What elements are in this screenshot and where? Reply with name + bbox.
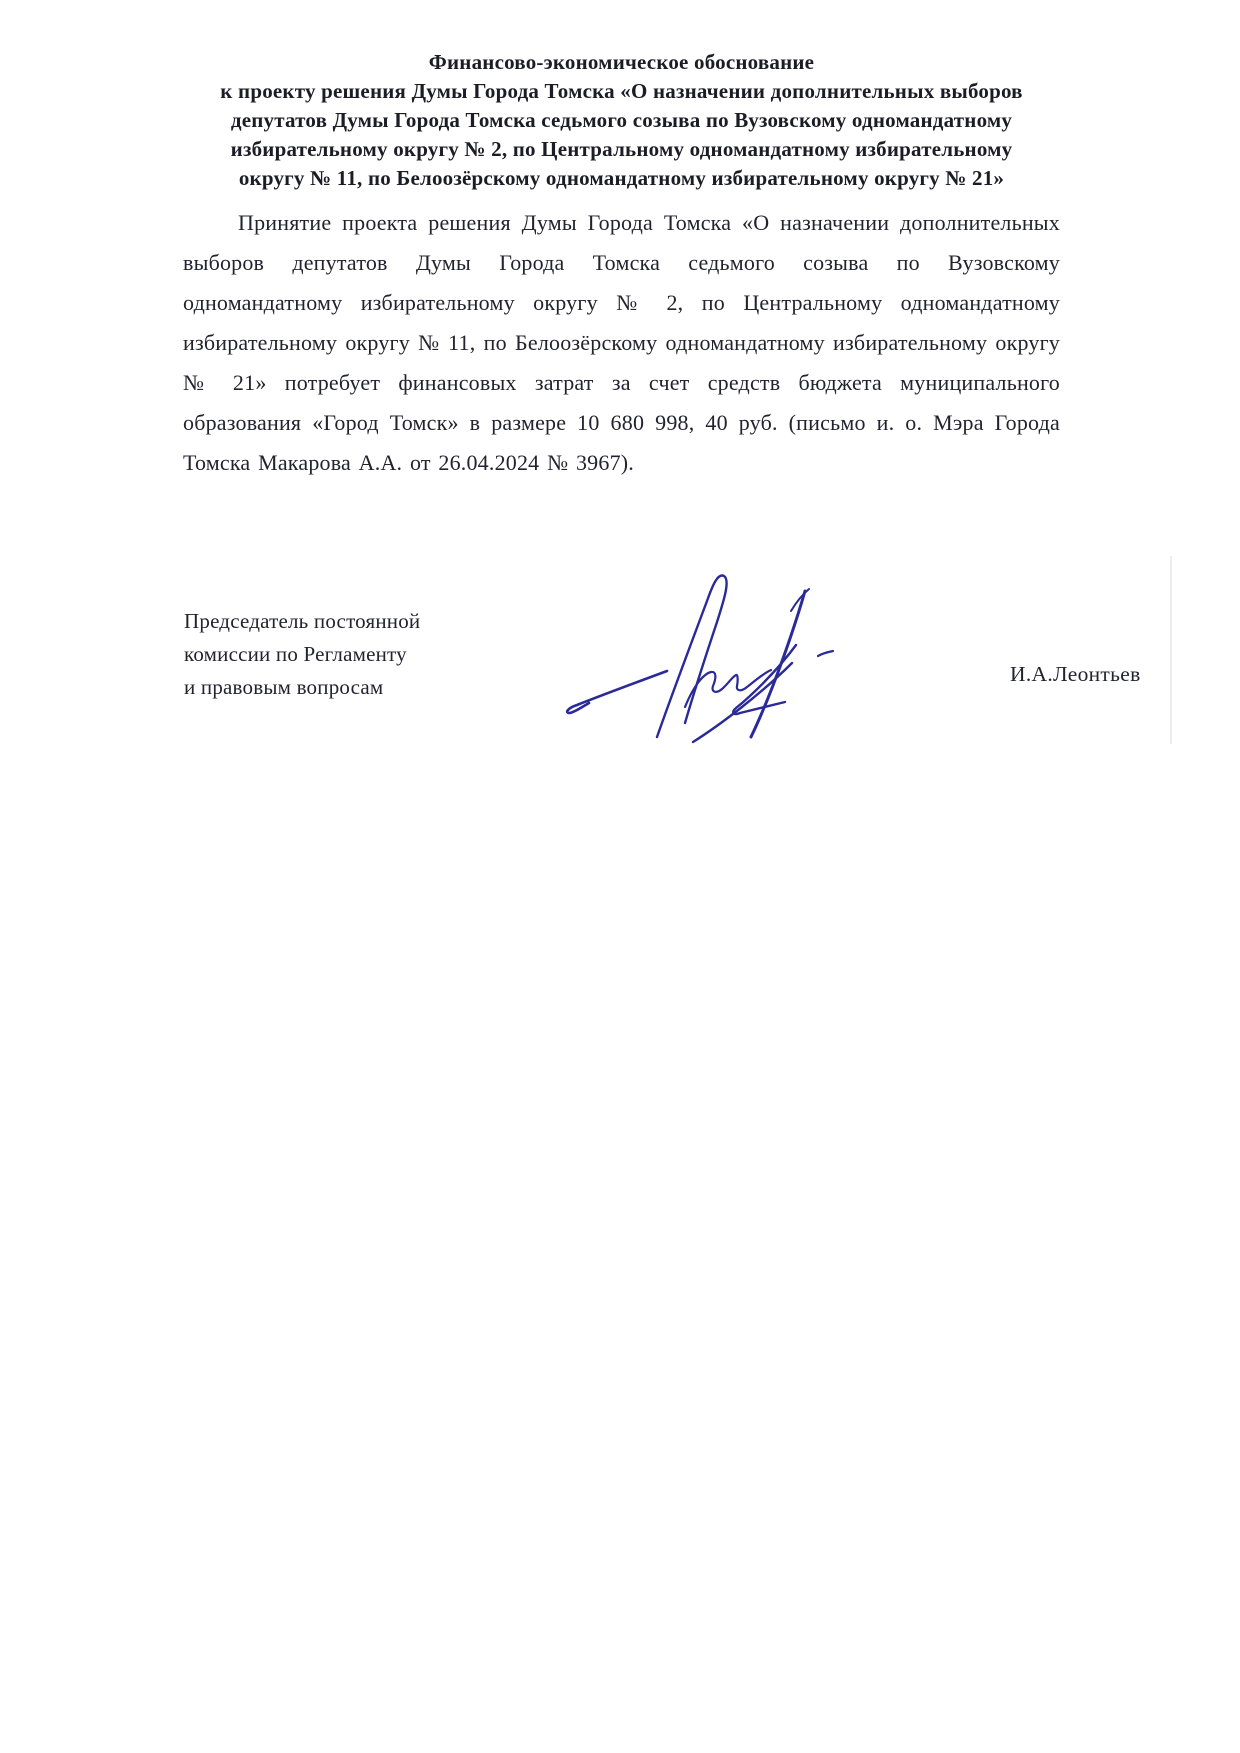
document-title: Финансово-экономическое обоснование к пр… — [183, 48, 1060, 193]
scan-artifact-line — [1170, 556, 1172, 744]
body-paragraph: Принятие проекта решения Думы Города Том… — [183, 203, 1060, 483]
signatory-position-line-2: комиссии по Регламенту — [184, 638, 420, 671]
signatory-position-line-3: и правовым вопросам — [184, 671, 420, 704]
title-line-1: Финансово-экономическое обоснование — [183, 48, 1060, 77]
title-line-2: к проекту решения Думы Города Томска «О … — [183, 77, 1060, 106]
signatory-name: И.А.Леонтьев — [1010, 662, 1141, 687]
handwritten-signature — [545, 545, 875, 775]
title-line-4: избирательному округу № 2, по Центрально… — [183, 135, 1060, 164]
title-line-3: депутатов Думы Города Томска седьмого со… — [183, 106, 1060, 135]
title-line-5: округу № 11, по Белоозёрскому одномандат… — [183, 164, 1060, 193]
document-page: Финансово-экономическое обоснование к пр… — [0, 0, 1240, 1753]
signatory-position: Председатель постоянной комиссии по Регл… — [184, 605, 420, 704]
signatory-position-line-1: Председатель постоянной — [184, 605, 420, 638]
